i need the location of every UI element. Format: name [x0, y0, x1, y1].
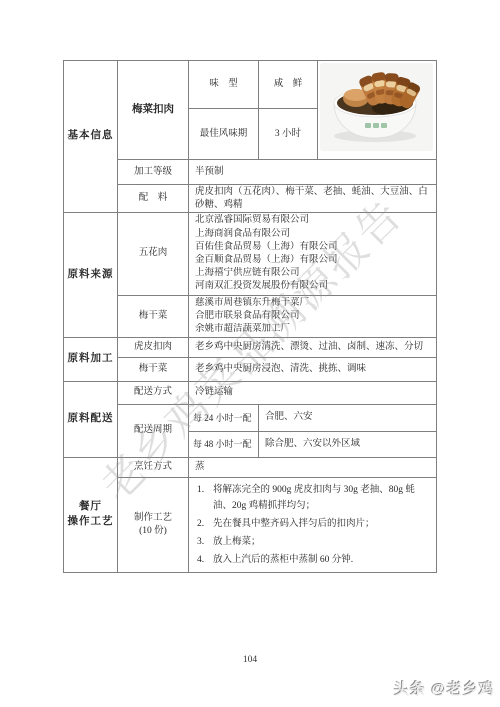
delivery-method-value: 冷链运输 — [189, 382, 437, 405]
row-pork-suppliers: 原料来源 五花肉 北京泓睿国际贸易有限公司 上海商润食品有限公司 百佑佳食品贸易… — [64, 213, 437, 295]
craft-label-line: 制作工艺 — [120, 512, 186, 525]
processing-grade-value: 半预制 — [189, 160, 437, 185]
flavor-type-label: 味 型 — [189, 61, 259, 109]
delivery-method-label: 配送方式 — [118, 382, 189, 405]
row-processing-pork: 原料加工 虎皮扣肉 老乡鸡中央厨房清洗、漂烫、过油、卤制、速冻、分切 — [64, 338, 437, 358]
supplier-line: 上海商润食品有限公司 — [195, 228, 430, 241]
step-number: 4. — [197, 552, 213, 568]
processing-vegetable-value: 老乡鸡中央厨房浸泡、清洗、挑拣、调味 — [189, 358, 437, 382]
page-number: 104 — [0, 655, 500, 665]
craft-steps-list: 1. 将解冻完全的 900g 虎皮扣肉与 30g 老抽、80g 蚝油、20g 鸡… — [189, 478, 437, 573]
delivery-cycle-label: 配送周期 — [118, 405, 189, 458]
craft-step: 4. 放入上汽后的蒸柜中蒸制 60 分钟. — [197, 552, 428, 568]
dish-photo-cell — [318, 61, 437, 160]
row-processing-grade: 加工等级 半预制 — [64, 160, 437, 185]
supplier-line: 余姚市超洁蔬菜加工厂 — [195, 323, 430, 336]
row-flavor-type: 基本信息 梅菜扣肉 味 型 咸 鲜 — [64, 61, 437, 109]
row-delivery-method: 原料配送 配送方式 冷链运输 — [64, 382, 437, 405]
craft-step: 2. 先在餐具中整齐码入拌匀后的扣肉片； — [197, 516, 428, 532]
cycle-24h-area: 合肥、六安 — [259, 405, 437, 432]
pork-suppliers-list: 北京泓睿国际贸易有限公司 上海商润食品有限公司 百佑佳食品贸易（上海）有限公司 … — [189, 213, 437, 295]
ingredients-value: 虎皮扣肉（五花肉）、梅干菜、老抽、蚝油、大豆油、白砂糖、鸡精 — [189, 185, 437, 213]
step-number: 3. — [197, 534, 213, 550]
document-page: 老乡鸡菜品溯源报告 基本信息 梅菜扣肉 味 型 咸 鲜 — [0, 0, 500, 707]
step-text: 先在餐具中整齐码入拌匀后的扣肉片； — [213, 516, 428, 532]
dish-name: 梅菜扣肉 — [118, 61, 189, 160]
cycle-24h-label: 每 24 小时一配 — [189, 405, 259, 432]
step-number: 2. — [197, 516, 213, 532]
craft-step: 1. 将解冻完全的 900g 虎皮扣肉与 30g 老抽、80g 蚝油、20g 鸡… — [197, 482, 428, 514]
dish-photo — [318, 61, 435, 154]
dish-spec-table: 基本信息 梅菜扣肉 味 型 咸 鲜 — [63, 60, 437, 573]
best-flavor-value: 3 小时 — [259, 109, 318, 160]
processing-pork-value: 老乡鸡中央厨房清洗、漂烫、过油、卤制、速冻、分切 — [189, 338, 437, 358]
supplier-line: 上海禧宁供应链有限公司 — [195, 267, 430, 280]
processing-vegetable-label: 梅干菜 — [118, 358, 189, 382]
corner-watermark: 头条 @老乡鸡 — [394, 678, 495, 699]
processing-pork-label: 虎皮扣肉 — [118, 338, 189, 358]
row-craft-steps: 制作工艺 (10 份) 1. 将解冻完全的 900g 虎皮扣肉与 30g 老抽、… — [64, 478, 437, 573]
processing-grade-label: 加工等级 — [118, 160, 189, 185]
row-processing-vegetable: 梅干菜 老乡鸡中央厨房浸泡、清洗、挑拣、调味 — [64, 358, 437, 382]
supplier-line: 北京泓睿国际贸易有限公司 — [195, 214, 430, 227]
section-label-line: 操作工艺 — [66, 515, 115, 530]
cycle-48h-label: 每 48 小时一配 — [189, 432, 259, 458]
cycle-48h-area: 除合肥、六安以外区域 — [259, 432, 437, 458]
step-text: 放上梅菜； — [213, 534, 428, 550]
supplier-line: 河南双汇投资发展股份有限公司 — [195, 280, 430, 293]
craft-label: 制作工艺 (10 份) — [118, 478, 189, 573]
section-label-line: 餐厅 — [66, 500, 115, 515]
vegetable-label: 梅干菜 — [118, 295, 189, 338]
row-cooking-method: 餐厅 操作工艺 烹饪方式 蒸 — [64, 458, 437, 478]
section-label-material-processing: 原料加工 — [64, 338, 118, 382]
vegetable-suppliers-list: 慈溪市周巷镇东升梅干菜厂 合肥市联泉食品有限公司 余姚市超洁蔬菜加工厂 — [189, 295, 437, 338]
craft-label-line: (10 份) — [120, 525, 186, 538]
pork-label: 五花肉 — [118, 213, 189, 295]
supplier-line: 金百顺食品贸易（上海）有限公司 — [195, 254, 430, 267]
cooking-method-value: 蒸 — [189, 458, 437, 478]
section-label-basic-info: 基本信息 — [64, 61, 118, 213]
row-ingredients: 配 料 虎皮扣肉（五花肉）、梅干菜、老抽、蚝油、大豆油、白砂糖、鸡精 — [64, 185, 437, 213]
row-delivery-cycle-24: 配送周期 每 24 小时一配 合肥、六安 — [64, 405, 437, 432]
step-text: 放入上汽后的蒸柜中蒸制 60 分钟. — [213, 552, 428, 568]
step-number: 1. — [197, 482, 213, 514]
best-flavor-label: 最佳风味期 — [189, 109, 259, 160]
row-vegetable-suppliers: 梅干菜 慈溪市周巷镇东升梅干菜厂 合肥市联泉食品有限公司 余姚市超洁蔬菜加工厂 — [64, 295, 437, 338]
supplier-line: 百佑佳食品贸易（上海）有限公司 — [195, 241, 430, 254]
bowl-logo — [365, 123, 387, 128]
craft-step: 3. 放上梅菜； — [197, 534, 428, 550]
section-label-restaurant-operation: 餐厅 操作工艺 — [64, 458, 118, 573]
flavor-type-value: 咸 鲜 — [259, 61, 318, 109]
section-label-material-delivery: 原料配送 — [64, 382, 118, 458]
step-text: 将解冻完全的 900g 虎皮扣肉与 30g 老抽、80g 蚝油、20g 鸡精抓拌… — [213, 482, 428, 514]
ingredients-label: 配 料 — [118, 185, 189, 213]
supplier-line: 慈溪市周巷镇东升梅干菜厂 — [195, 297, 430, 310]
supplier-line: 合肥市联泉食品有限公司 — [195, 310, 430, 323]
cooking-method-label: 烹饪方式 — [118, 458, 189, 478]
section-label-material-source: 原料来源 — [64, 213, 118, 338]
